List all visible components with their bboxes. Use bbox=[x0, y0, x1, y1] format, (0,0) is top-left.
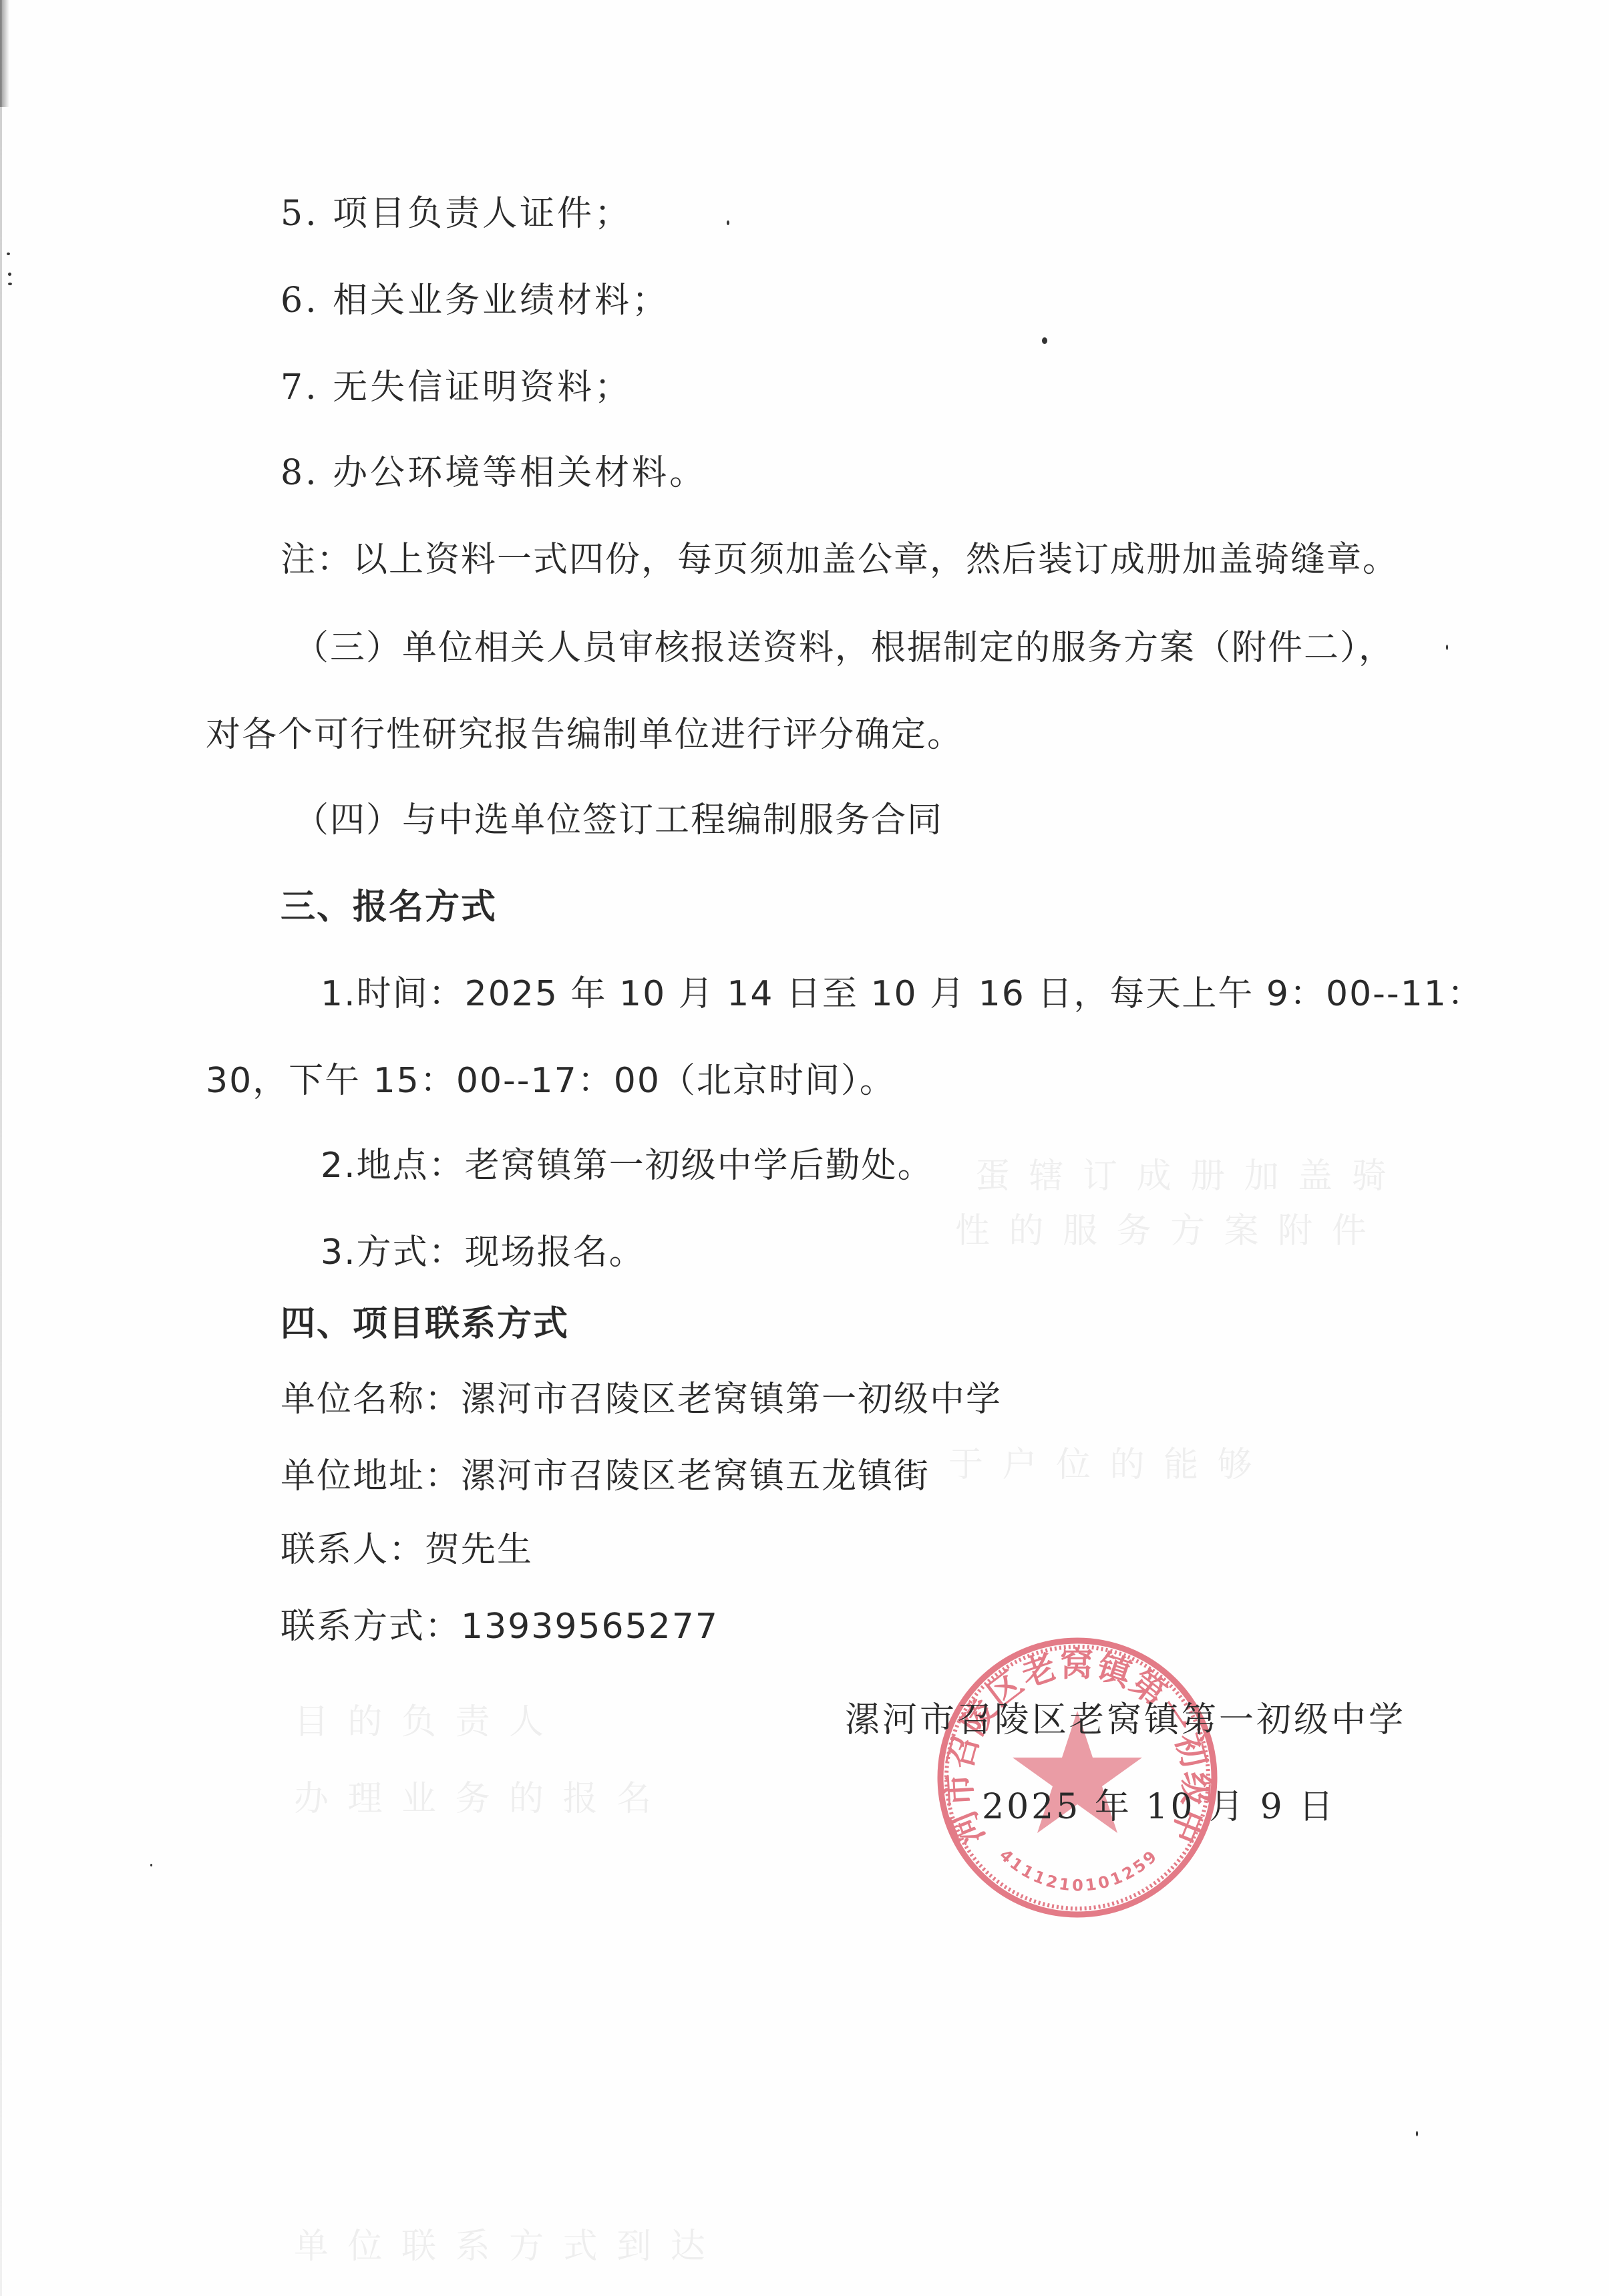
step-four: （四）与中选单位签订工程编制服务合同 bbox=[294, 800, 943, 840]
scan-speck bbox=[8, 283, 12, 285]
show-through-text: 目 的 负 责 人 bbox=[294, 1693, 548, 1744]
show-through-text: 单 位 联 系 方 式 到 达 bbox=[294, 2218, 709, 2268]
show-through-text: 于 户 位 的 能 够 bbox=[948, 1436, 1256, 1486]
scan-speck bbox=[727, 220, 729, 225]
scan-speck bbox=[1042, 337, 1047, 344]
list-item: 5. 项目负责人证件； bbox=[281, 194, 632, 234]
step-three-line-1: （三）单位相关人员审核报送资料，根据制定的服务方案（附件二）， bbox=[294, 628, 1395, 668]
official-seal-icon: 漯河市召陵区老窝镇第一初级中学 4111210101259 bbox=[934, 1634, 1221, 1921]
show-through-text: 蛋 辖 订 成 册 加 盖 骑 bbox=[975, 1148, 1391, 1198]
show-through-text: 办 理 业 务 的 报 名 bbox=[294, 1770, 655, 1820]
step-three-line-2: 对各个可行性研究报告编制单位进行评分确定。 bbox=[206, 715, 963, 755]
unit-name: 单位名称：漯河市召陵区老窝镇第一初级中学 bbox=[281, 1379, 1002, 1420]
scan-speck bbox=[1416, 2131, 1418, 2136]
scan-speck bbox=[150, 1864, 152, 1866]
section-four-heading: 四、项目联系方式 bbox=[281, 1304, 569, 1344]
registration-method: 3.方式：现场报名。 bbox=[321, 1233, 645, 1273]
registration-time-line-1: 1.时间：2025 年 10 月 14 日至 10 月 16 日，每天上午 9：… bbox=[321, 974, 1483, 1014]
registration-place: 2.地点：老窝镇第一初级中学后勤处。 bbox=[321, 1146, 934, 1186]
list-item: 6. 相关业务业绩材料； bbox=[281, 281, 669, 321]
svg-text:4111210101259: 4111210101259 bbox=[996, 1846, 1162, 1895]
document-page: 蛋 辖 订 成 册 加 盖 骑 性 的 服 务 方 案 附 件 于 户 位 的 … bbox=[0, 0, 1609, 2296]
signature-date: 2025 年 10 月 9 日 bbox=[982, 1787, 1336, 1827]
scan-speck bbox=[8, 273, 11, 276]
unit-address: 单位地址：漯河市召陵区老窝镇五龙镇街 bbox=[281, 1456, 930, 1496]
scan-edge-shadow bbox=[0, 0, 9, 107]
registration-time-line-2: 30，下午 15：00--17：00（北京时间）。 bbox=[206, 1061, 896, 1101]
contact-phone: 联系方式：13939565277 bbox=[281, 1607, 719, 1647]
seal-serial: 4111210101259 bbox=[996, 1846, 1162, 1895]
section-three-heading: 三、报名方式 bbox=[281, 887, 497, 927]
scan-speck bbox=[7, 253, 10, 255]
list-item: 8. 办公环境等相关材料。 bbox=[281, 453, 707, 493]
contact-person: 联系人：贺先生 bbox=[281, 1530, 533, 1570]
signature-organization: 漯河市召陵区老窝镇第一初级中学 bbox=[845, 1700, 1406, 1740]
scan-speck bbox=[1446, 645, 1448, 650]
note-text: 注：以上资料一式四份，每页须加盖公章，然后装订成册加盖骑缝章。 bbox=[281, 540, 1399, 580]
scan-edge-line bbox=[0, 0, 2, 2296]
show-through-text: 性 的 服 务 方 案 附 件 bbox=[955, 1202, 1371, 1253]
list-item: 7. 无失信证明资料； bbox=[281, 367, 632, 407]
